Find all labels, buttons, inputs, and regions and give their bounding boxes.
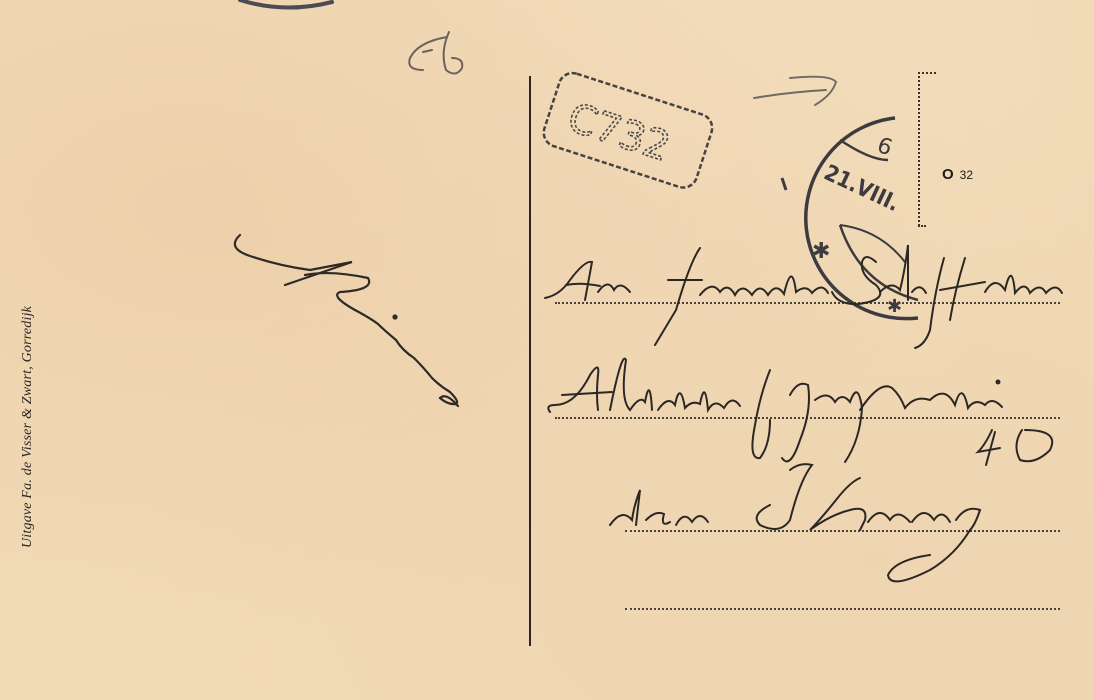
censor-box-stamp: C732: [540, 69, 716, 191]
postmark-date: 21.VIII.: [820, 160, 903, 216]
postmark-star-icon: ✱: [887, 296, 902, 316]
postmark-star-icon: ✱: [812, 238, 830, 263]
postcard-back: Uitgave Fa. de Visser & Zwart, Gorredijk…: [0, 0, 1094, 700]
signature-handwriting: [235, 235, 458, 406]
censor-number: C732: [562, 95, 675, 171]
svg-text:6: 6: [874, 133, 896, 161]
address-line-3-handwriting: [610, 464, 980, 581]
pencil-note: [409, 32, 462, 74]
top-edge-postmark-fragment: [240, 0, 332, 8]
address-line-2-handwriting: [548, 359, 1002, 462]
pencil-arrow-mark: [754, 77, 836, 105]
postcard-graphics: C732 6 21.VIII. ✱ ✱: [0, 0, 1094, 700]
address-line-1-handwriting: [545, 245, 1062, 348]
house-number-handwriting: [978, 430, 1052, 465]
